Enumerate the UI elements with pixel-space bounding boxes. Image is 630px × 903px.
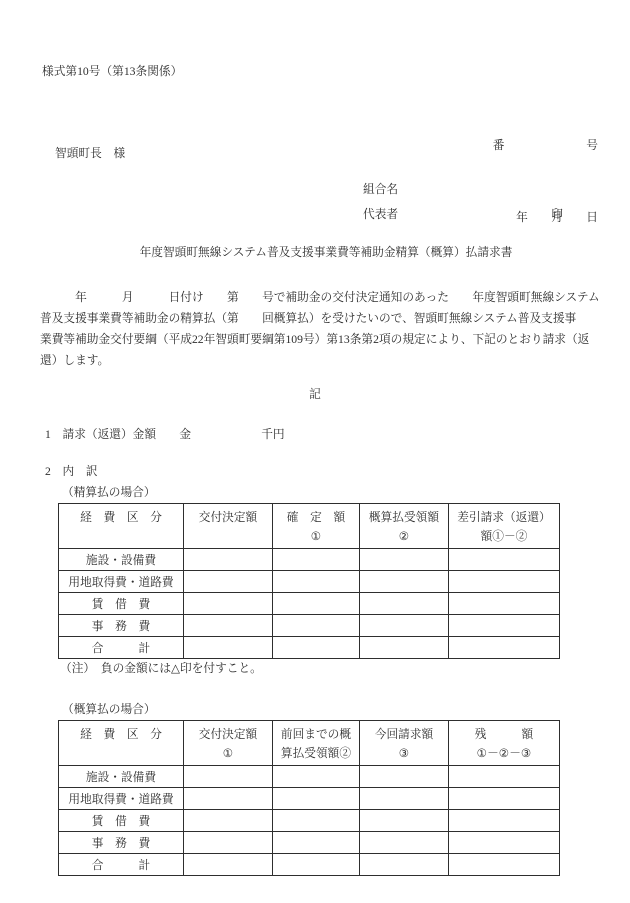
representative-row: 代表者 印 <box>363 206 563 222</box>
header-fixed-amount: 確 定 額① <box>273 504 360 549</box>
settlement-table-caption: （精算払の場合） <box>62 484 156 500</box>
table-row: 事 務 費 <box>59 832 560 854</box>
body-paragraph: 年 月 日付け 第 号で補助金の交付決定通知のあった 年度智頭町無線システム 普… <box>40 287 624 371</box>
amount-cell <box>273 810 360 832</box>
table-row: 合 計 <box>59 854 560 876</box>
amount-cell <box>184 549 273 571</box>
header-grant-decision-amount: 交付決定額 <box>184 504 273 549</box>
amount-cell <box>273 832 360 854</box>
amount-cell <box>184 766 273 788</box>
ki-heading: 記 <box>0 386 630 402</box>
amount-cell <box>184 615 273 637</box>
amount-cell <box>360 637 449 659</box>
header-balance-request-refund: 差引請求（返還）額①－② <box>449 504 560 549</box>
amount-cell <box>360 854 449 876</box>
amount-cell <box>273 615 360 637</box>
table-row: 事 務 費 <box>59 615 560 637</box>
table-row: 合 計 <box>59 637 560 659</box>
amount-cell <box>184 593 273 615</box>
row-label-administrative: 事 務 費 <box>59 615 184 637</box>
header-current-request-amount: 今回請求額③ <box>360 721 449 766</box>
row-label-facilities: 施設・設備費 <box>59 549 184 571</box>
amount-cell <box>449 549 560 571</box>
amount-cell <box>360 549 449 571</box>
table-row: 施設・設備費 <box>59 549 560 571</box>
item-breakdown-heading: 2 内 訳 <box>45 463 98 479</box>
table-row: 賃 借 費 <box>59 593 560 615</box>
row-label-rent: 賃 借 費 <box>59 810 184 832</box>
amount-cell <box>184 832 273 854</box>
form-number: 様式第10号（第13条関係） <box>42 63 182 79</box>
amount-cell <box>360 571 449 593</box>
row-label-land-road: 用地取得費・道路費 <box>59 788 184 810</box>
addressee: 智頭町長 様 <box>55 145 125 161</box>
row-label-rent: 賃 借 費 <box>59 593 184 615</box>
amount-cell <box>360 810 449 832</box>
negative-amount-note: （注） 負の金額には△印を付すこと。 <box>60 660 262 676</box>
table-row: 用地取得費・道路費 <box>59 571 560 593</box>
amount-cell <box>273 854 360 876</box>
amount-cell <box>273 549 360 571</box>
amount-cell <box>360 832 449 854</box>
amount-cell <box>273 766 360 788</box>
amount-cell <box>184 571 273 593</box>
header-expense-category: 経 費 区 分 <box>59 504 184 549</box>
amount-cell <box>360 766 449 788</box>
document-page: 様式第10号（第13条関係） 番 号 年 月 日 智頭町長 様 組合名 代表者 … <box>0 0 630 903</box>
row-label-total: 合 計 <box>59 637 184 659</box>
settlement-payment-table: 経 費 区 分 交付決定額 確 定 額① 概算払受領額② 差引請求（返還）額①－… <box>58 503 560 659</box>
table-row: 賃 借 費 <box>59 810 560 832</box>
provisional-table-header-row: 経 費 区 分 交付決定額① 前回までの概算払受領額② 今回請求額③ 残 額①－… <box>59 721 560 766</box>
amount-cell <box>449 854 560 876</box>
header-grant-decision-amount: 交付決定額① <box>184 721 273 766</box>
header-remaining-amount: 残 額①－②－③ <box>449 721 560 766</box>
amount-cell <box>273 788 360 810</box>
amount-cell <box>360 788 449 810</box>
amount-cell <box>449 832 560 854</box>
header-expense-category: 経 費 区 分 <box>59 721 184 766</box>
organization-name-label: 組合名 <box>363 181 398 197</box>
amount-cell <box>273 593 360 615</box>
amount-cell <box>360 615 449 637</box>
amount-cell <box>449 615 560 637</box>
amount-cell <box>449 788 560 810</box>
header-previous-provisional-received: 前回までの概算払受領額② <box>273 721 360 766</box>
row-label-facilities: 施設・設備費 <box>59 766 184 788</box>
amount-cell <box>360 593 449 615</box>
document-number-line: 番 号 <box>493 134 598 158</box>
amount-cell <box>184 788 273 810</box>
row-label-land-road: 用地取得費・道路費 <box>59 571 184 593</box>
amount-cell <box>449 810 560 832</box>
provisional-table-caption: （概算払の場合） <box>62 701 156 717</box>
settlement-table-header-row: 経 費 区 分 交付決定額 確 定 額① 概算払受領額② 差引請求（返還）額①－… <box>59 504 560 549</box>
amount-cell <box>449 571 560 593</box>
amount-cell <box>184 854 273 876</box>
amount-cell <box>449 593 560 615</box>
row-label-total: 合 計 <box>59 854 184 876</box>
amount-cell <box>449 766 560 788</box>
seal-label: 印 <box>551 206 563 222</box>
table-row: 施設・設備費 <box>59 766 560 788</box>
provisional-payment-table: 経 費 区 分 交付決定額① 前回までの概算払受領額② 今回請求額③ 残 額①－… <box>58 720 560 876</box>
table-row: 用地取得費・道路費 <box>59 788 560 810</box>
representative-label: 代表者 <box>363 206 398 222</box>
document-title: 年度智頭町無線システム普及支援事業費等補助金精算（概算）払請求書 <box>0 244 630 260</box>
amount-cell <box>449 637 560 659</box>
amount-cell <box>184 810 273 832</box>
header-provisional-received-amount: 概算払受領額② <box>360 504 449 549</box>
row-label-administrative: 事 務 費 <box>59 832 184 854</box>
amount-cell <box>184 637 273 659</box>
amount-cell <box>273 571 360 593</box>
item-request-amount-line: 1 請求（返還）金額 金 千円 <box>45 426 285 442</box>
amount-cell <box>273 637 360 659</box>
